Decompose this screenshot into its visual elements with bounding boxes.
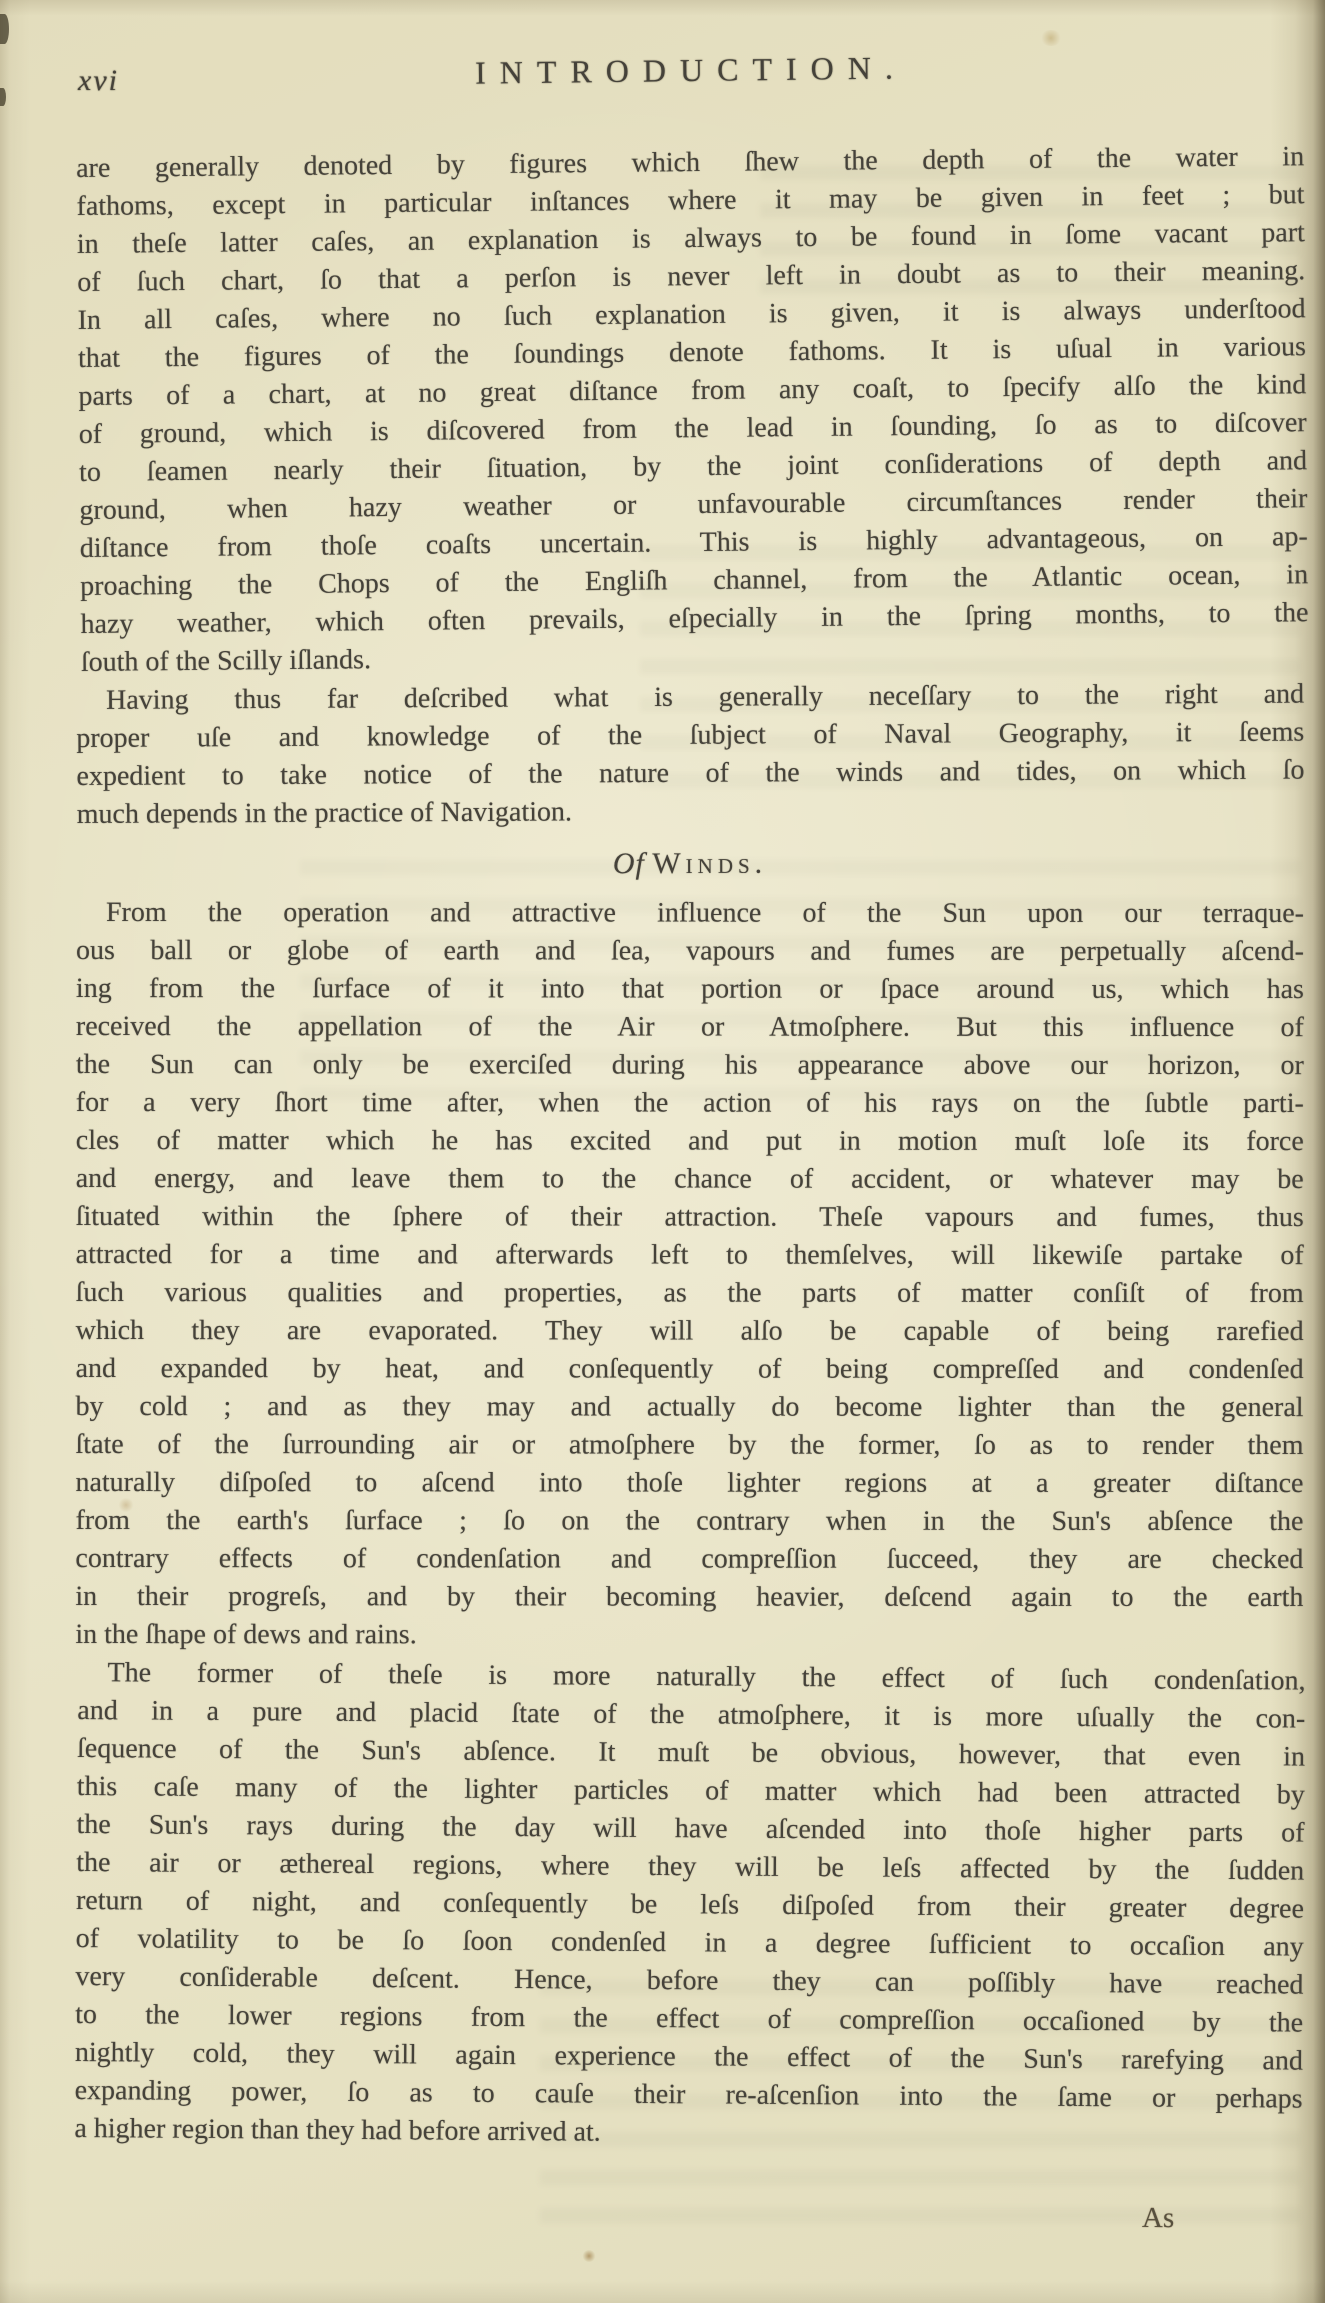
book-page: xvi INTRODUCTION. are generally denoted … <box>0 0 1325 2303</box>
paragraph: The former of theſe is more naturally th… <box>74 1654 1305 2157</box>
running-head: INTRODUCTION. <box>474 49 906 91</box>
text-line: much depends in the practice of Navigati… <box>77 790 1305 834</box>
text-line: naturally diſpoſed to aſcend into thoſe … <box>75 1464 1303 1503</box>
section-heading: Of Winds. <box>76 840 1304 888</box>
text-line: proper uſe and knowledge of the ſubject … <box>76 714 1304 758</box>
foxing-spot <box>1040 30 1062 46</box>
text-line: expedient to take notice of the nature o… <box>76 752 1304 796</box>
text-line: cles of matter which he has excited and … <box>76 1122 1304 1161</box>
text-line: by cold ; and as they may and actually d… <box>76 1388 1304 1427</box>
paragraph: From the operation and attractive influe… <box>75 894 1304 1655</box>
text-line: ous ball or globe of earth and ſea, vapo… <box>76 932 1304 971</box>
text-line: for a very ſhort time after, when the ac… <box>76 1084 1304 1123</box>
text-line: from the earth's ſurface ; ſo on the con… <box>75 1502 1303 1541</box>
text-line: received the appellation of the Air or A… <box>76 1008 1304 1047</box>
catchword: As <box>1142 2202 1175 2235</box>
heading-word-italic: Of <box>613 847 645 880</box>
foxing-spot <box>582 2250 596 2262</box>
text-line: ſituated within the ſphere of their attr… <box>76 1198 1304 1237</box>
text-line: From the operation and attractive influe… <box>76 894 1304 933</box>
edge-speck <box>0 14 9 44</box>
heading-word-smallcaps: Winds. <box>652 847 767 880</box>
paragraph: Having thus far deſcribed what is genera… <box>76 676 1305 834</box>
text-line: in the ſhape of dews and rains. <box>75 1616 1303 1655</box>
text-line: ſtate of the ſurrounding air or atmoſphe… <box>76 1426 1304 1465</box>
text-line: and expanded by heat, and conſequently o… <box>76 1350 1304 1389</box>
text-line: ing from the ſurface of it into that por… <box>76 970 1304 1009</box>
edge-speck <box>0 88 6 106</box>
text-line: ſuch various qualities and properties, a… <box>76 1274 1304 1313</box>
text-line: and energy, and leave them to the chance… <box>76 1160 1304 1199</box>
text-line: attracted for a time and afterwards left… <box>76 1236 1304 1275</box>
text-line: contrary effects of condenſation and com… <box>75 1540 1303 1579</box>
page-number: xvi <box>78 64 119 98</box>
text-line: the Sun can only be exerciſed during his… <box>76 1046 1304 1085</box>
text-line: Having thus far deſcribed what is genera… <box>76 676 1304 720</box>
text-line: in their progreſs, and by their becoming… <box>75 1578 1303 1617</box>
page-text: are generally denoted by figures which ſ… <box>76 150 1304 2148</box>
text-line: which they are evaporated. They will alſ… <box>76 1312 1304 1351</box>
paragraph: are generally denoted by figures which ſ… <box>76 138 1309 682</box>
